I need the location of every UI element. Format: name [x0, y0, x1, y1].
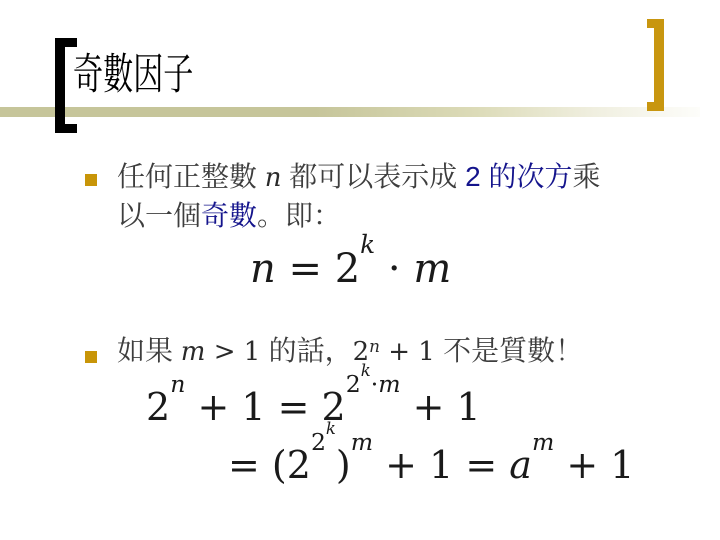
formula-n-equals-2k-times-m: n = 2k · m — [250, 247, 451, 291]
f2-exponent-group: 2k·m — [346, 370, 401, 398]
f3-exp-m: m — [351, 428, 373, 456]
f3-exponent-group: 2k — [311, 428, 336, 456]
b1-text-seg3: 乘 — [572, 161, 600, 192]
b2-text-seg3: 不是質數！ — [443, 335, 583, 366]
f2-exp-m: m — [378, 370, 400, 398]
f2-exp-2: 2 — [346, 370, 361, 398]
f1-base-2: 2 — [335, 246, 360, 292]
f2-exp-n: n — [170, 370, 185, 398]
f1-equals: = — [276, 246, 335, 292]
bullet1-text: 任何正整數 n 都可以表示成 2 的次方乘以一個奇數。即： — [117, 158, 607, 234]
f3-exp-exp-k: k — [326, 419, 336, 438]
b2-math-gt-1: > 1 — [205, 337, 268, 367]
f3-exp-m2: m — [532, 428, 554, 456]
f3-exp-2: 2 — [311, 428, 326, 456]
title-underline-rule — [0, 107, 700, 117]
b2-math-plus-1: + 1 — [380, 337, 443, 367]
f1-exp-k: k — [360, 230, 375, 259]
b1-keyword-power-of-2: 2 的次方 — [465, 161, 572, 192]
f3-plus-1: + 1 — [554, 443, 634, 487]
b1-text-seg2: 都可以表示成 — [282, 161, 466, 192]
f1-var-n: n — [250, 246, 276, 292]
f1-var-m: m — [413, 246, 451, 292]
b2-text-seg2: 的話， — [269, 335, 353, 366]
bullet-marker-1 — [85, 174, 97, 186]
bullet-marker-2 — [85, 351, 97, 363]
f3-var-a: a — [509, 443, 532, 487]
f2-exp-exp-k: k — [361, 361, 371, 380]
slide-title: 奇數因子 — [73, 53, 193, 98]
f2-plus-1: + 1 — [401, 385, 481, 429]
f2-base-2: 2 — [146, 385, 170, 429]
b1-math-n: n — [265, 163, 282, 193]
formula-2n-plus-1-expansion: 2n + 1 = 22k·m + 1 — [146, 386, 481, 428]
b1-text-seg1: 任何正整數 — [117, 161, 265, 192]
b2-math-m: m — [181, 337, 206, 367]
bullet2-text: 如果 m > 1 的話，2n + 1 不是質數！ — [117, 332, 583, 373]
f3-equals-paren: = ( — [228, 443, 287, 487]
b1-keyword-odd-number: 奇數 — [201, 200, 257, 231]
presentation-slide: 奇數因子 任何正整數 n 都可以表示成 2 的次方乘以一個奇數。即： n = 2… — [0, 0, 720, 540]
f3-plus1-equals: + 1 = — [373, 443, 509, 487]
formula-factorization-am-plus-1: = (22k)m + 1 = am + 1 — [228, 444, 634, 486]
right-bracket-decoration — [647, 19, 664, 111]
b1-text-seg5: 。即： — [257, 200, 341, 231]
f1-cdot: · — [375, 246, 413, 292]
f3-base-2: 2 — [287, 443, 311, 487]
f3-close-paren: ) — [336, 443, 351, 487]
b2-math-exp-n: n — [369, 336, 380, 356]
f2-plus1-equals: + 1 = — [185, 385, 321, 429]
b2-text-seg1: 如果 — [117, 335, 181, 366]
b1-text-seg4: 以一個 — [117, 200, 201, 231]
